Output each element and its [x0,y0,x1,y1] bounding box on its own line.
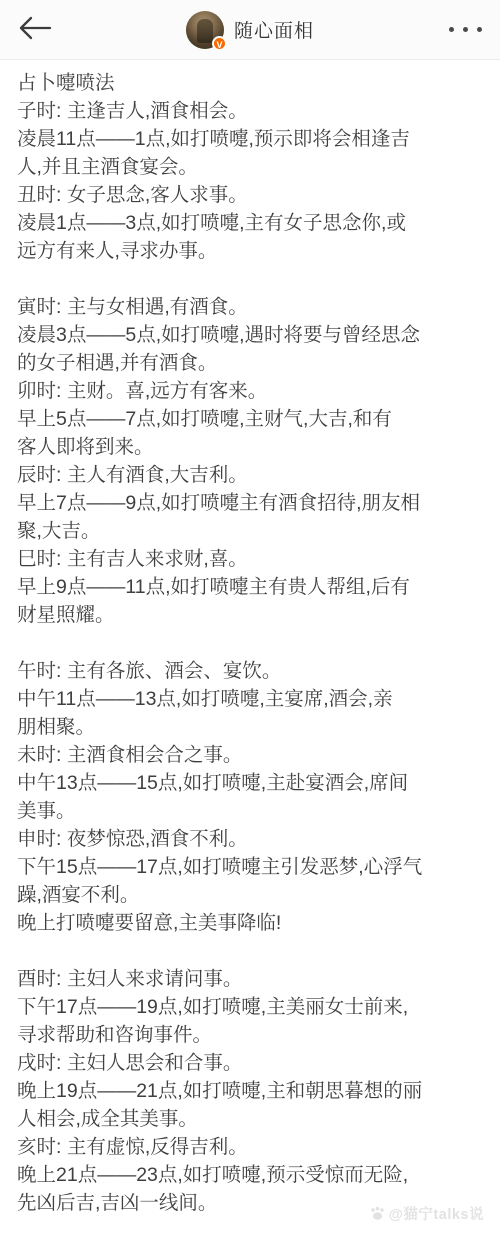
article-paragraph: 子时: 主逢吉人,酒食相会。 凌晨11点——1点,如打喷嚏,预示即将会相逢吉 人… [17,97,484,265]
article-title: 占卜嚏喷法 [17,69,484,97]
back-arrow-icon [18,15,52,44]
verified-badge-icon: V [212,36,227,51]
avatar: V [186,11,224,49]
account-title: 随心面相 [234,16,314,43]
back-button[interactable] [18,10,58,50]
article-paragraph: 午时: 主有各旅、酒会、宴饮。 中午11点——13点,如打喷嚏,主宴席,酒会,亲… [17,657,484,937]
article-paragraph: 酉时: 主妇人来求请问事。 下午17点——19点,如打喷嚏,主美丽女士前来, 寻… [17,965,484,1217]
more-button[interactable] [430,10,482,50]
header-bar: V 随心面相 [0,0,500,60]
avatar-portrait [197,19,213,43]
account-info[interactable]: V 随心面相 [186,11,314,49]
app-page: V 随心面相 占卜嚏喷法 子时: 主逢吉人,酒食相会。 凌晨11点——1点,如打… [0,0,500,1242]
more-ellipsis-icon [449,27,482,32]
article-content: 占卜嚏喷法 子时: 主逢吉人,酒食相会。 凌晨11点——1点,如打喷嚏,预示即将… [0,60,500,1217]
article-paragraph: 寅时: 主与女相遇,有酒食。 凌晨3点——5点,如打喷嚏,遇时将要与曾经思念 的… [17,293,484,629]
